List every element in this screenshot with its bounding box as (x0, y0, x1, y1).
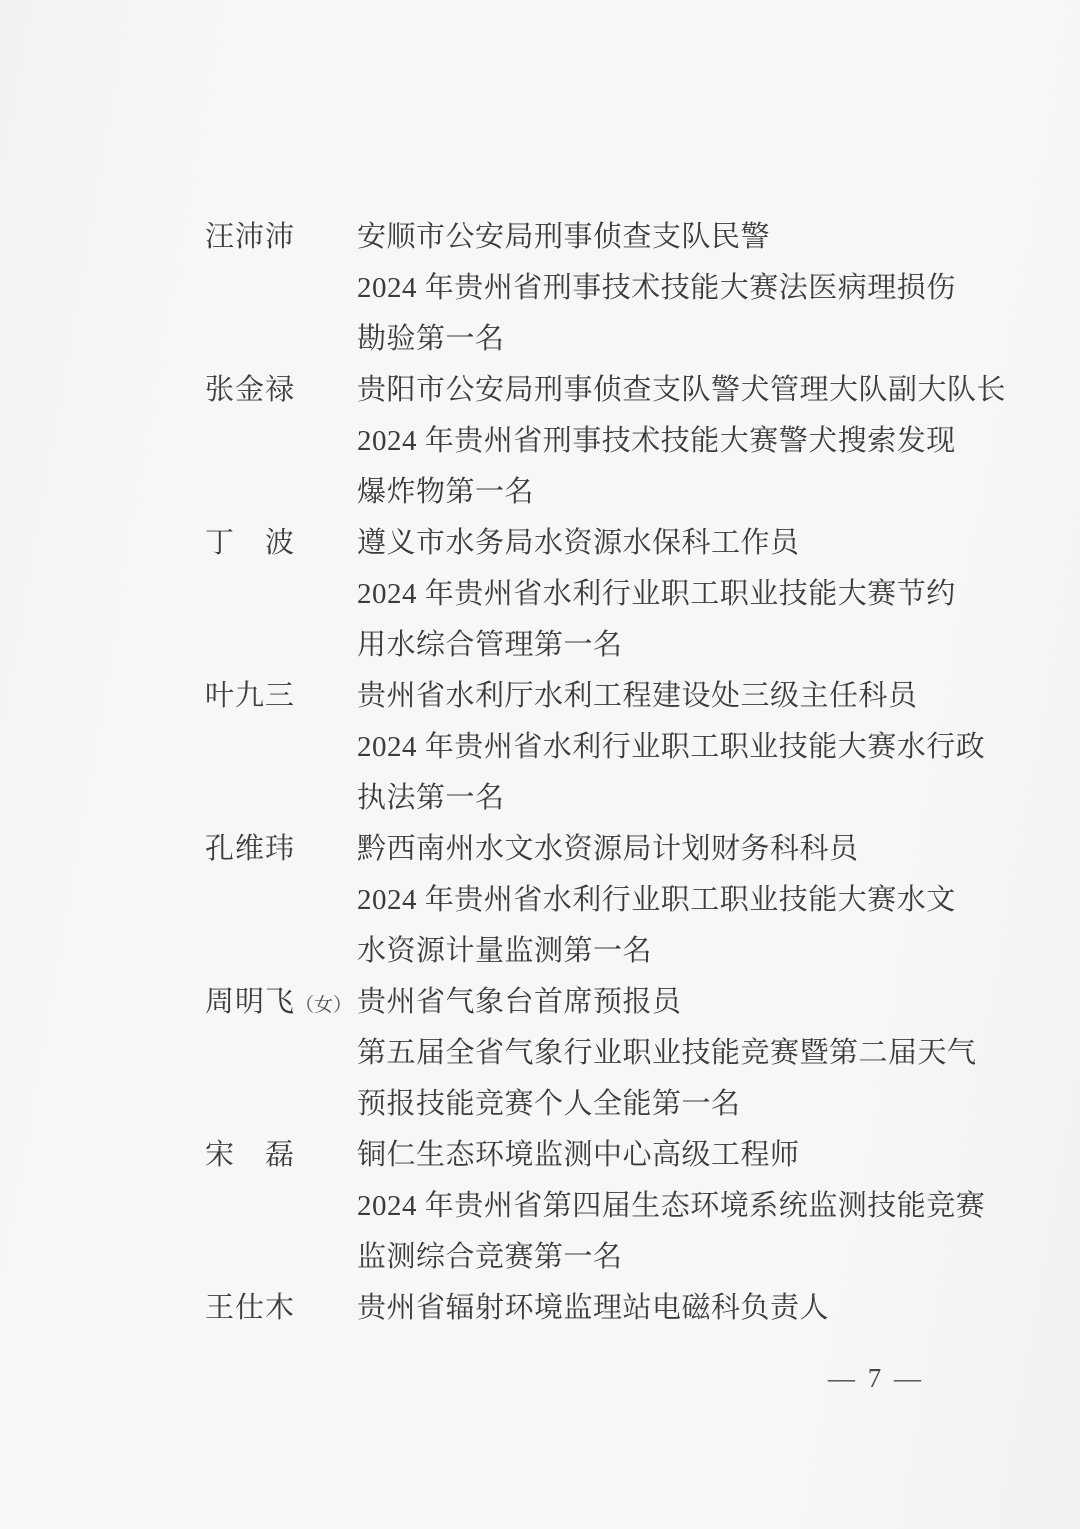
entry-title-line: 贵州省水利厅水利工程建设处三级主任科员 (357, 671, 967, 722)
award-roster: 汪沛沛 安顺市公安局刑事侦查支队民警 2024 年贵州省刑事技术技能大赛法医病理… (205, 212, 975, 1337)
entry-award-line-2: 预报技能竞赛个人全能第一名 (357, 1079, 967, 1130)
entry-row: 叶九三 贵州省水利厅水利工程建设处三级主任科员 2024 年贵州省水利行业职工职… (205, 671, 975, 824)
entry-award-line-1: 2024 年贵州省水利行业职工职业技能大赛节约 (357, 569, 967, 620)
entry-award-line-1: 第五届全省气象行业职业技能竞赛暨第二届天气 (357, 1028, 967, 1079)
entry-award-line-2: 水资源计量监测第一名 (357, 926, 967, 977)
entry-name: 丁 波 (205, 518, 357, 572)
entry-description: 贵州省气象台首席预报员 第五届全省气象行业职业技能竞赛暨第二届天气 预报技能竞赛… (357, 977, 967, 1130)
entry-award-line-1: 2024 年贵州省刑事技术技能大赛法医病理损伤 (357, 263, 967, 314)
entry-name-text: 丁 波 (205, 527, 295, 559)
entry-award-line-2: 执法第一名 (357, 773, 967, 824)
entry-name: 叶九三 (205, 671, 357, 725)
entry-row: 周明飞（女） 贵州省气象台首席预报员 第五届全省气象行业职业技能竞赛暨第二届天气… (205, 977, 975, 1130)
page-number: — 7 — (828, 1363, 924, 1394)
entry-description: 遵义市水务局水资源水保科工作员 2024 年贵州省水利行业职工职业技能大赛节约 … (357, 518, 967, 671)
entry-title-line: 安顺市公安局刑事侦查支队民警 (357, 212, 967, 263)
entry-description: 贵州省水利厅水利工程建设处三级主任科员 2024 年贵州省水利行业职工职业技能大… (357, 671, 967, 824)
entry-row: 孔维玮 黔西南州水文水资源局计划财务科科员 2024 年贵州省水利行业职工职业技… (205, 824, 975, 977)
entry-name: 王仕木 (205, 1283, 357, 1337)
entry-title-line: 遵义市水务局水资源水保科工作员 (357, 518, 967, 569)
entry-award-line-2: 监测综合竞赛第一名 (357, 1232, 967, 1283)
entry-award-line-1: 2024 年贵州省刑事技术技能大赛警犬搜索发现 (357, 416, 967, 467)
entry-title-line: 贵州省气象台首席预报员 (357, 977, 967, 1028)
entry-award-line-2: 爆炸物第一名 (357, 467, 967, 518)
entry-title-line: 贵阳市公安局刑事侦查支队警犬管理大队副大队长 (357, 365, 967, 416)
entry-description: 贵州省辐射环境监理站电磁科负责人 (357, 1283, 967, 1334)
document-page: 汪沛沛 安顺市公安局刑事侦查支队民警 2024 年贵州省刑事技术技能大赛法医病理… (0, 0, 1080, 1529)
entry-title-line: 铜仁生态环境监测中心高级工程师 (357, 1130, 967, 1181)
entry-name-text: 汪沛沛 (205, 221, 295, 253)
entry-award-line-2: 用水综合管理第一名 (357, 620, 967, 671)
entry-name-text: 叶九三 (205, 680, 295, 712)
entry-description: 安顺市公安局刑事侦查支队民警 2024 年贵州省刑事技术技能大赛法医病理损伤 勘… (357, 212, 967, 365)
entry-description: 铜仁生态环境监测中心高级工程师 2024 年贵州省第四届生态环境系统监测技能竞赛… (357, 1130, 967, 1283)
entry-award-line-1: 2024 年贵州省水利行业职工职业技能大赛水行政 (357, 722, 967, 773)
entry-name-text: 周明飞 (205, 986, 295, 1018)
entry-name: 张金禄 (205, 365, 357, 419)
entry-row: 丁 波 遵义市水务局水资源水保科工作员 2024 年贵州省水利行业职工职业技能大… (205, 518, 975, 671)
entry-row: 张金禄 贵阳市公安局刑事侦查支队警犬管理大队副大队长 2024 年贵州省刑事技术… (205, 365, 975, 518)
entry-title-line: 黔西南州水文水资源局计划财务科科员 (357, 824, 967, 875)
entry-row: 王仕木 贵州省辐射环境监理站电磁科负责人 (205, 1283, 975, 1337)
entry-name-text: 王仕木 (205, 1292, 295, 1324)
entry-row: 宋 磊 铜仁生态环境监测中心高级工程师 2024 年贵州省第四届生态环境系统监测… (205, 1130, 975, 1283)
entry-name-text: 张金禄 (205, 374, 295, 406)
entry-name-text: 宋 磊 (205, 1139, 295, 1171)
entry-name-text: 孔维玮 (205, 833, 295, 865)
entry-name: 周明飞（女） (205, 977, 357, 1031)
entry-award-line-2: 勘验第一名 (357, 314, 967, 365)
gender-note: （女） (295, 995, 352, 1016)
entry-name: 孔维玮 (205, 824, 357, 878)
entry-award-line-1: 2024 年贵州省水利行业职工职业技能大赛水文 (357, 875, 967, 926)
entry-title-line: 贵州省辐射环境监理站电磁科负责人 (357, 1283, 967, 1334)
entry-award-line-1: 2024 年贵州省第四届生态环境系统监测技能竞赛 (357, 1181, 967, 1232)
entry-name: 宋 磊 (205, 1130, 357, 1184)
entry-name: 汪沛沛 (205, 212, 357, 266)
entry-row: 汪沛沛 安顺市公安局刑事侦查支队民警 2024 年贵州省刑事技术技能大赛法医病理… (205, 212, 975, 365)
entry-description: 黔西南州水文水资源局计划财务科科员 2024 年贵州省水利行业职工职业技能大赛水… (357, 824, 967, 977)
entry-description: 贵阳市公安局刑事侦查支队警犬管理大队副大队长 2024 年贵州省刑事技术技能大赛… (357, 365, 967, 518)
